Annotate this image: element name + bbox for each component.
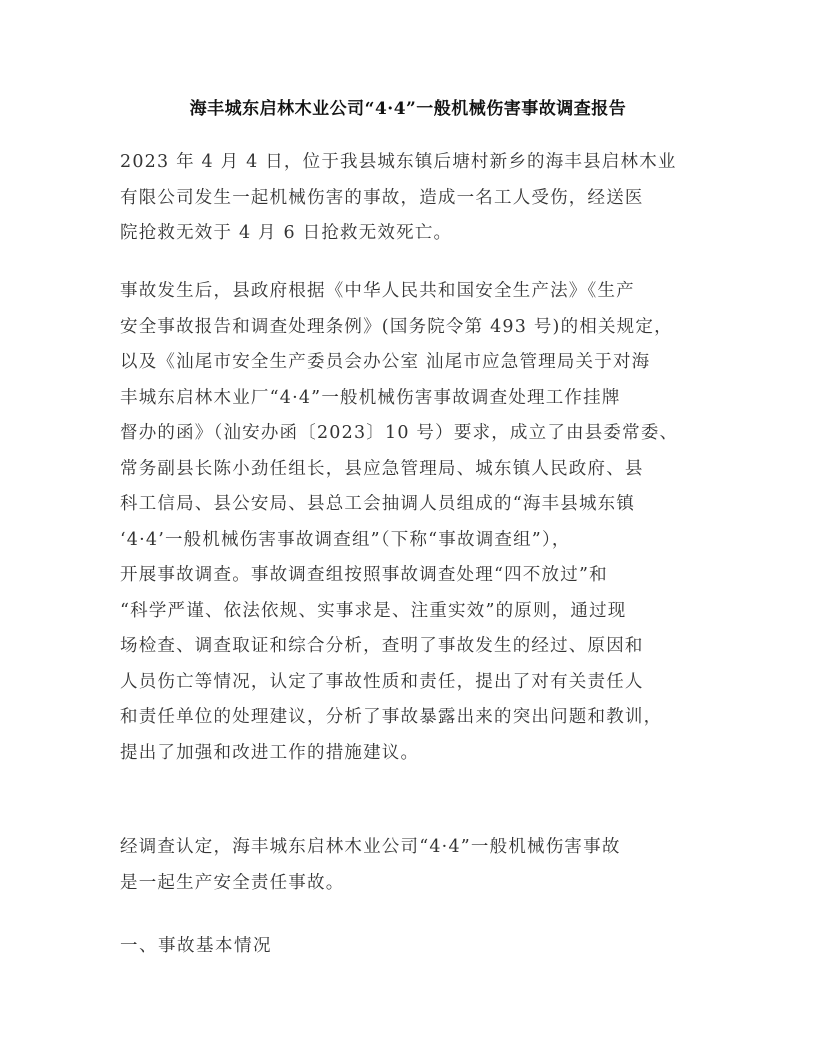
paragraph-conclusion: 经调查认定，海丰城东启林木业公司“4·4”一般机械伤害事故 是一起生产安全责任事… [120,830,720,901]
text-line: ‘4·4’一般机械伤害事故调查组”（下称“事故调查组”）， [120,523,720,559]
text-line: 是一起生产安全责任事故。 [120,866,720,902]
text-line: 经调查认定，海丰城东启林木业公司“4·4”一般机械伤害事故 [120,830,720,866]
text-line: 常务副县长陈小劲任组长，县应急管理局、城东镇人民政府、县 [120,452,720,488]
text-line: 督办的函》（汕安办函〔2023〕10 号）要求，成立了由县委常委、 [120,416,720,452]
text-line: 场检查、调查取证和综合分析，查明了事故发生的经过、原因和 [120,629,720,665]
text-line: 人员伤亡等情况，认定了事故性质和责任，提出了对有关责任人 [120,665,720,701]
paragraph-investigation-setup: 事故发生后，县政府根据《中华人民共和国安全生产法》《生产 安全事故报告和调查处理… [120,274,720,771]
text-line: 提出了加强和改进工作的措施建议。 [120,736,720,772]
text-line: 丰城东启林木业厂“4·4”一般机械伤害事故调查处理工作挂牌 [120,381,720,417]
text-line: 开展事故调查。事故调查组按照事故调查处理“四不放过”和 [120,558,720,594]
text-line: 事故发生后，县政府根据《中华人民共和国安全生产法》《生产 [120,274,720,310]
section-heading: 一、事故基本情况 [120,932,272,957]
text-line: 有限公司发生一起机械伤害的事故，造成一名工人受伤，经送医 [120,181,720,217]
text-line: 以及《汕尾市安全生产委员会办公室 汕尾市应急管理局关于对海 [120,345,720,381]
text-line: 院抢救无效于 4 月 6 日抢救无效死亡。 [120,216,720,252]
text-line: “科学严谨、依法依规、实事求是、注重实效”的原则，通过现 [120,594,720,630]
document-title: 海丰城东启林木业公司“4·4”一般机械伤害事故调查报告 [0,94,816,119]
text-line: 和责任单位的处理建议，分析了事故暴露出来的突出问题和教训， [120,700,720,736]
paragraph-accident-summary: 2023 年 4 月 4 日，位于我县城东镇后塘村新乡的海丰县启林木业 有限公司… [120,145,720,252]
text-line: 2023 年 4 月 4 日，位于我县城东镇后塘村新乡的海丰县启林木业 [120,145,720,181]
text-line: 安全事故报告和调查处理条例》(国务院令第 493 号)的相关规定， [120,310,720,346]
text-line: 科工信局、县公安局、县总工会抽调人员组成的“海丰县城东镇 [120,487,720,523]
document-page: 海丰城东启林木业公司“4·4”一般机械伤害事故调查报告 2023 年 4 月 4… [0,0,816,1056]
